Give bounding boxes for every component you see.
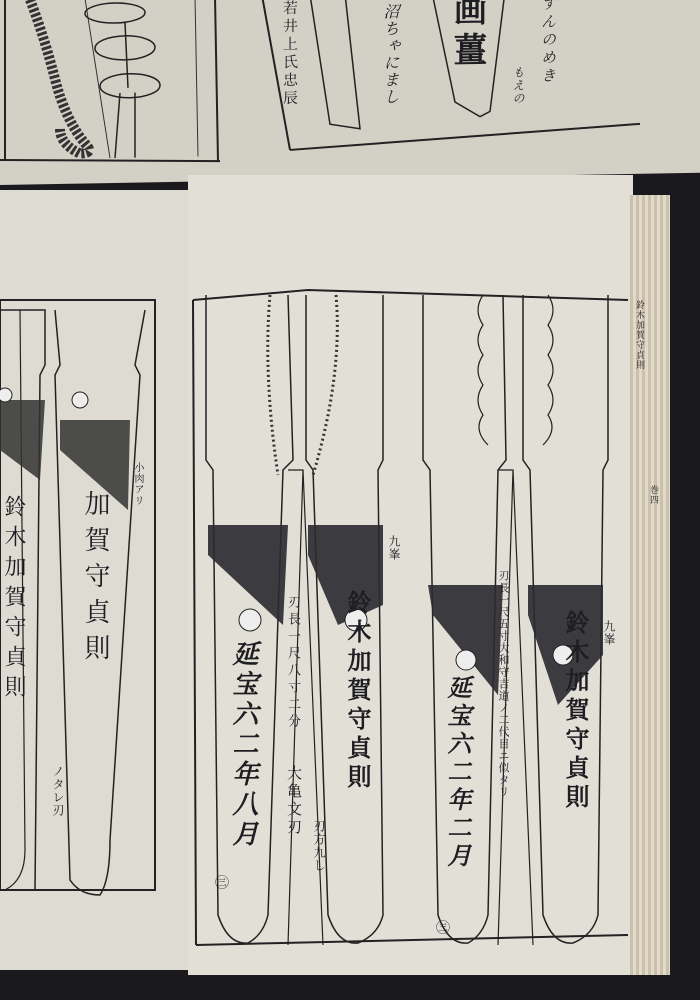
- blade-d-note-side: 九峯: [603, 620, 615, 646]
- top-cursive-right: もえの: [512, 66, 524, 105]
- left-blade-1-signature: 鈴木加賀守貞則: [2, 495, 24, 705]
- blade-b-note-mid: 刃長一尺八寸二分: [286, 595, 299, 731]
- main-right-page: 延宝六二年八月 ㊂ 刃長一尺八寸二分 大亀文刃 鈴木加賀守貞則 九峯 刃方九し …: [188, 175, 633, 975]
- blade-d-signature: 鈴木加賀守貞則: [563, 610, 587, 813]
- top-large-char: 画薑: [450, 0, 484, 72]
- blade-b-note-side: 九峯: [388, 535, 400, 561]
- page-edge-label: 鈴木加賀守貞則: [634, 300, 643, 370]
- pine-tree-icon: [85, 2, 160, 158]
- page-edge-stack: 鈴木加賀守貞則 巻四: [630, 195, 670, 975]
- blade-d-note-mid: 刃長一尺五寸大和守吉道ノ二代目ニ似タリ: [498, 570, 509, 798]
- blade-b-note-bottom: 刃方九し: [313, 820, 325, 872]
- blade-a-inscription: 延宝六二年八月: [230, 640, 256, 850]
- blade-c-mark: ㊂: [435, 920, 449, 935]
- blade-b-signature: 鈴木加賀守貞則: [345, 590, 369, 793]
- left-blade-2-note-top: 小肉アリ: [132, 462, 142, 506]
- top-book-illustration: [0, 0, 700, 185]
- blade-a-mark: ㊂: [214, 875, 228, 890]
- top-inscription-left: 若井上氏忠辰: [282, 0, 297, 108]
- top-cursive-far-right: すんのめき: [540, 0, 555, 86]
- blade-b-note-lower: 大亀文刃: [286, 765, 301, 837]
- blade-c-inscription: 延宝六二年二月: [445, 675, 469, 871]
- top-book: 若井上氏忠辰 沼ちゃにまし 画薑 もえの すんのめき: [0, 0, 700, 185]
- top-inscription-cursive: 沼ちゃにまし: [382, 3, 398, 105]
- main-left-page: 鈴木加賀守貞則 加賀守貞則 小肉アリ ノタレ刃: [0, 190, 190, 970]
- left-blade-2-signature: 加賀守貞則: [82, 490, 108, 670]
- right-page-illustration: [188, 175, 633, 975]
- page-edge-volume: 巻四: [648, 485, 657, 505]
- left-blade-2-note-bottom: ノタレ刃: [52, 765, 64, 817]
